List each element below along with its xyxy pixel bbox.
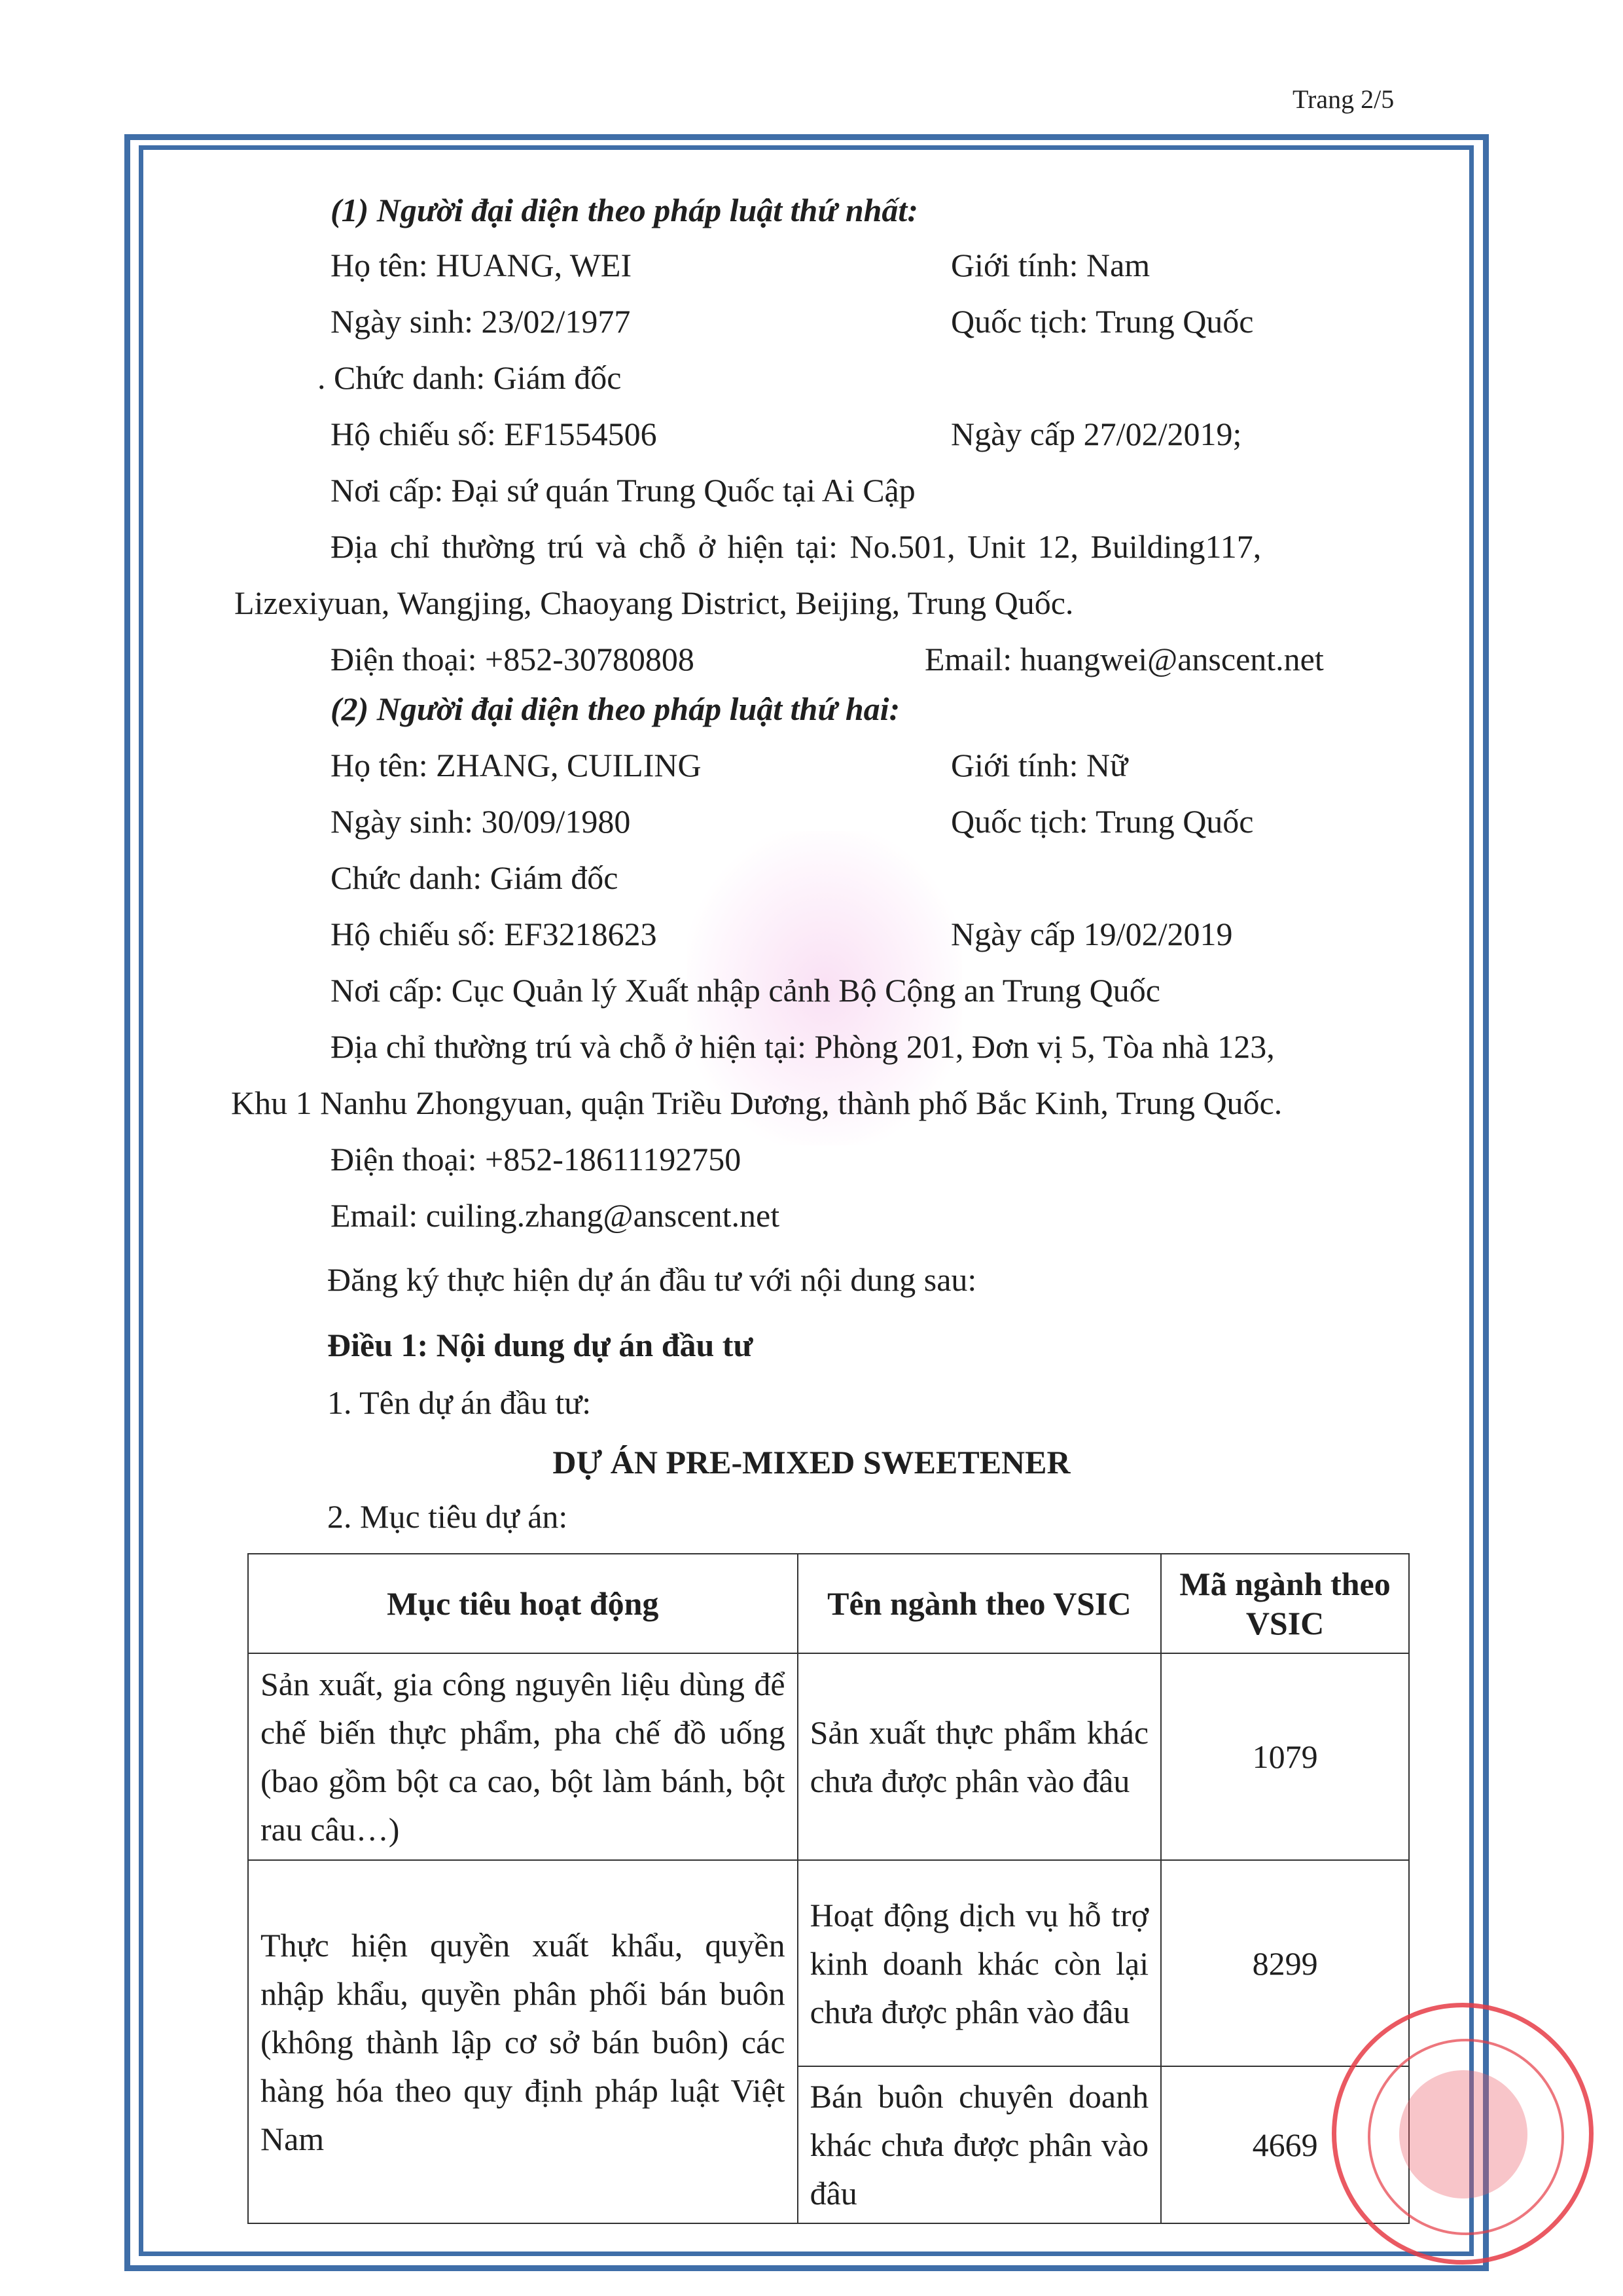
header-industry-code: Mã ngành theo VSIC xyxy=(1161,1554,1409,1653)
rep2-passport: Hộ chiếu số: EF3218623 xyxy=(330,918,657,950)
rep1-issue-place: Nơi cấp: Đại sứ quán Trung Quốc tại Ai C… xyxy=(330,474,916,507)
industry-name-cell: Bán buôn chuyên doanh khác chưa được phâ… xyxy=(798,2066,1162,2223)
rep2-dob: Ngày sinh: 30/09/1980 xyxy=(330,805,630,838)
register-intro: Đăng ký thực hiện dự án đầu tư với nội d… xyxy=(327,1263,976,1296)
objective-cell: Thực hiện quyền xuất khẩu, quyền nhập kh… xyxy=(248,1860,798,2223)
objectives-label: 2. Mục tiêu dự án: xyxy=(327,1500,567,1533)
rep2-phone: Điện thoại: +852-18611192750 xyxy=(330,1143,741,1175)
seal-emblem-icon xyxy=(1399,2070,1527,2198)
rep1-address-line1: Địa chỉ thường trú và chỗ ở hiện tại: No… xyxy=(330,530,1261,563)
industry-code-cell: 8299 xyxy=(1161,1860,1409,2066)
project-name-label: 1. Tên dự án đầu tư: xyxy=(327,1386,591,1419)
page-number: Trang 2/5 xyxy=(1293,84,1394,115)
rep1-gender: Giới tính: Nam xyxy=(951,249,1150,281)
rep2-heading: (2) Người đại diện theo pháp luật thứ ha… xyxy=(330,692,900,725)
table-header-row: Mục tiêu hoạt động Tên ngành theo VSIC M… xyxy=(248,1554,1409,1653)
header-industry-name-text: Tên ngành theo VSIC xyxy=(827,1585,1132,1622)
rep2-nationality: Quốc tịch: Trung Quốc xyxy=(951,805,1254,838)
rep1-nationality: Quốc tịch: Trung Quốc xyxy=(951,305,1254,338)
header-industry-code-text: Mã ngành theo VSIC xyxy=(1179,1566,1390,1641)
rep1-heading: (1) Người đại diện theo pháp luật thứ nh… xyxy=(330,194,918,226)
rep2-issue-date: Ngày cấp 19/02/2019 xyxy=(951,918,1232,950)
industry-code-cell: 1079 xyxy=(1161,1653,1409,1860)
rep1-email: Email: huangwei@anscent.net xyxy=(925,643,1324,675)
objective-cell: Sản xuất, gia công nguyên liệu dùng để c… xyxy=(248,1653,798,1860)
industry-name-cell: Hoạt động dịch vụ hỗ trợ kinh doanh khác… xyxy=(798,1860,1162,2066)
rep2-email: Email: cuiling.zhang@anscent.net xyxy=(330,1199,779,1232)
official-seal-stamp xyxy=(1332,2003,1594,2265)
rep2-gender: Giới tính: Nữ xyxy=(951,749,1128,781)
table-row: Thực hiện quyền xuất khẩu, quyền nhập kh… xyxy=(248,1860,1409,2066)
rep1-address-line2: Lizexiyuan, Wangjing, Chaoyang District,… xyxy=(234,586,1073,619)
objectives-table: Mục tiêu hoạt động Tên ngành theo VSIC M… xyxy=(247,1553,1410,2224)
header-industry-name: Tên ngành theo VSIC xyxy=(798,1554,1162,1653)
project-name: DỰ ÁN PRE-MIXED SWEETENER xyxy=(0,1443,1623,1481)
article1-heading: Điều 1: Nội dung dự án đầu tư xyxy=(327,1329,753,1361)
rep2-issue-place: Nơi cấp: Cục Quản lý Xuất nhập cảnh Bộ C… xyxy=(330,974,1160,1007)
rep2-name: Họ tên: ZHANG, CUILING xyxy=(330,749,702,781)
rep2-address-line1: Địa chỉ thường trú và chỗ ở hiện tại: Ph… xyxy=(330,1030,1275,1063)
rep2-title: Chức danh: Giám đốc xyxy=(330,861,618,894)
rep1-title: . Chức danh: Giám đốc xyxy=(317,361,622,394)
rep1-issue-date: Ngày cấp 27/02/2019; xyxy=(951,418,1241,450)
rep2-address-line2: Khu 1 Nanhu Zhongyuan, quận Triều Dương,… xyxy=(231,1086,1282,1119)
table-row: Sản xuất, gia công nguyên liệu dùng để c… xyxy=(248,1653,1409,1860)
rep1-passport: Hộ chiếu số: EF1554506 xyxy=(330,418,657,450)
industry-name-cell: Sản xuất thực phẩm khác chưa được phân v… xyxy=(798,1653,1162,1860)
rep1-phone: Điện thoại: +852-30780808 xyxy=(330,643,694,675)
rep1-name: Họ tên: HUANG, WEI xyxy=(330,249,632,281)
header-objective: Mục tiêu hoạt động xyxy=(248,1554,798,1653)
rep1-dob: Ngày sinh: 23/02/1977 xyxy=(330,305,630,338)
